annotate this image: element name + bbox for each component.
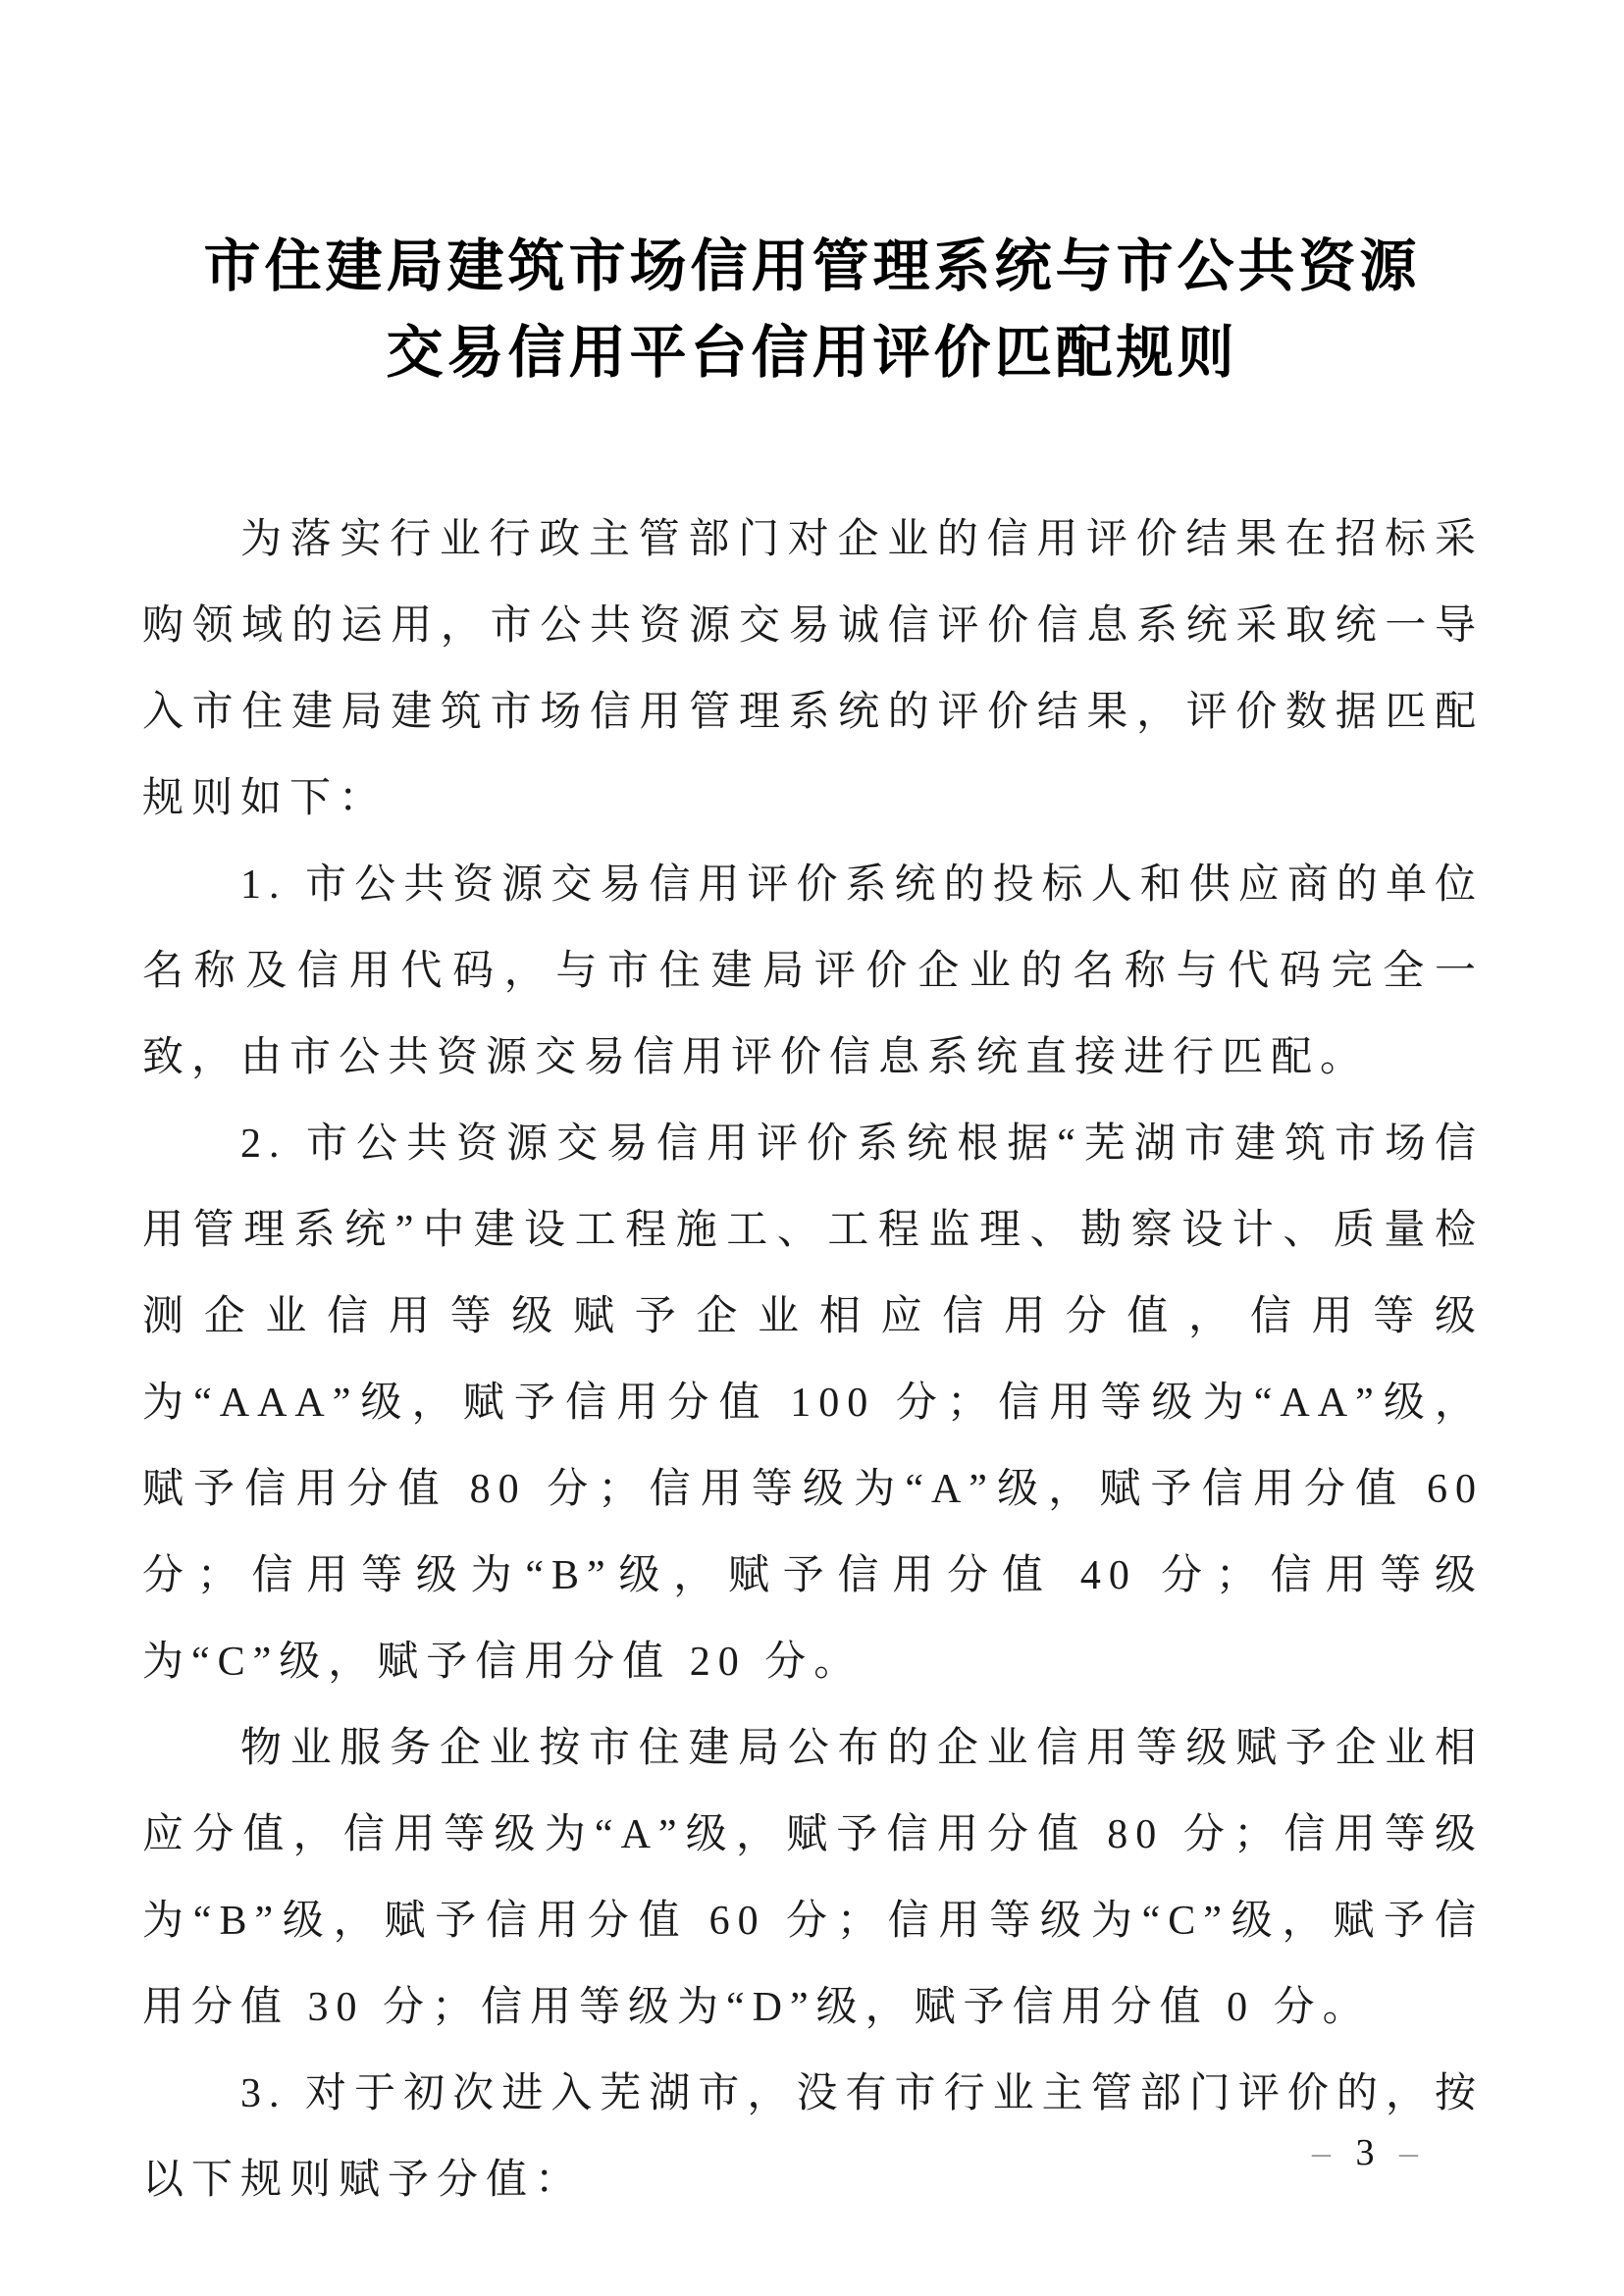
page-footer: – 3 – (1312, 2131, 1418, 2174)
document-title-line-2: 交易信用平台信用评价匹配规则 (142, 310, 1482, 396)
page-number: 3 (1356, 2132, 1375, 2173)
paragraph-rule-2: 2. 市公共资源交易信用评价系统根据“芜湖市建筑市场信用管理系统”中建设工程施工… (142, 1101, 1484, 1705)
paragraph-property-services: 物业服务企业按市住建局公布的企业信用等级赋予企业相应分值，信用等级为“A”级，赋… (142, 1705, 1484, 2051)
document-title-line-1: 市住建局建筑市场信用管理系统与市公共资源 (142, 224, 1482, 310)
document-body: 为落实行业行政主管部门对企业的信用评价结果在招标采购领域的运用，市公共资源交易诚… (142, 496, 1484, 2223)
page-number-dash-right: – (1399, 2132, 1418, 2173)
document-page: 市住建局建筑市场信用管理系统与市公共资源 交易信用平台信用评价匹配规则 为落实行… (0, 0, 1624, 2296)
paragraph-intro: 为落实行业行政主管部门对企业的信用评价结果在招标采购领域的运用，市公共资源交易诚… (142, 496, 1484, 842)
paragraph-rule-3: 3. 对于初次进入芜湖市，没有市行业主管部门评价的，按以下规则赋予分值： (142, 2051, 1484, 2223)
document-title: 市住建局建筑市场信用管理系统与市公共资源 交易信用平台信用评价匹配规则 (142, 224, 1482, 396)
page-number-dash-left: – (1312, 2132, 1331, 2173)
paragraph-rule-1: 1. 市公共资源交易信用评价系统的投标人和供应商的单位名称及信用代码，与市住建局… (142, 842, 1484, 1101)
